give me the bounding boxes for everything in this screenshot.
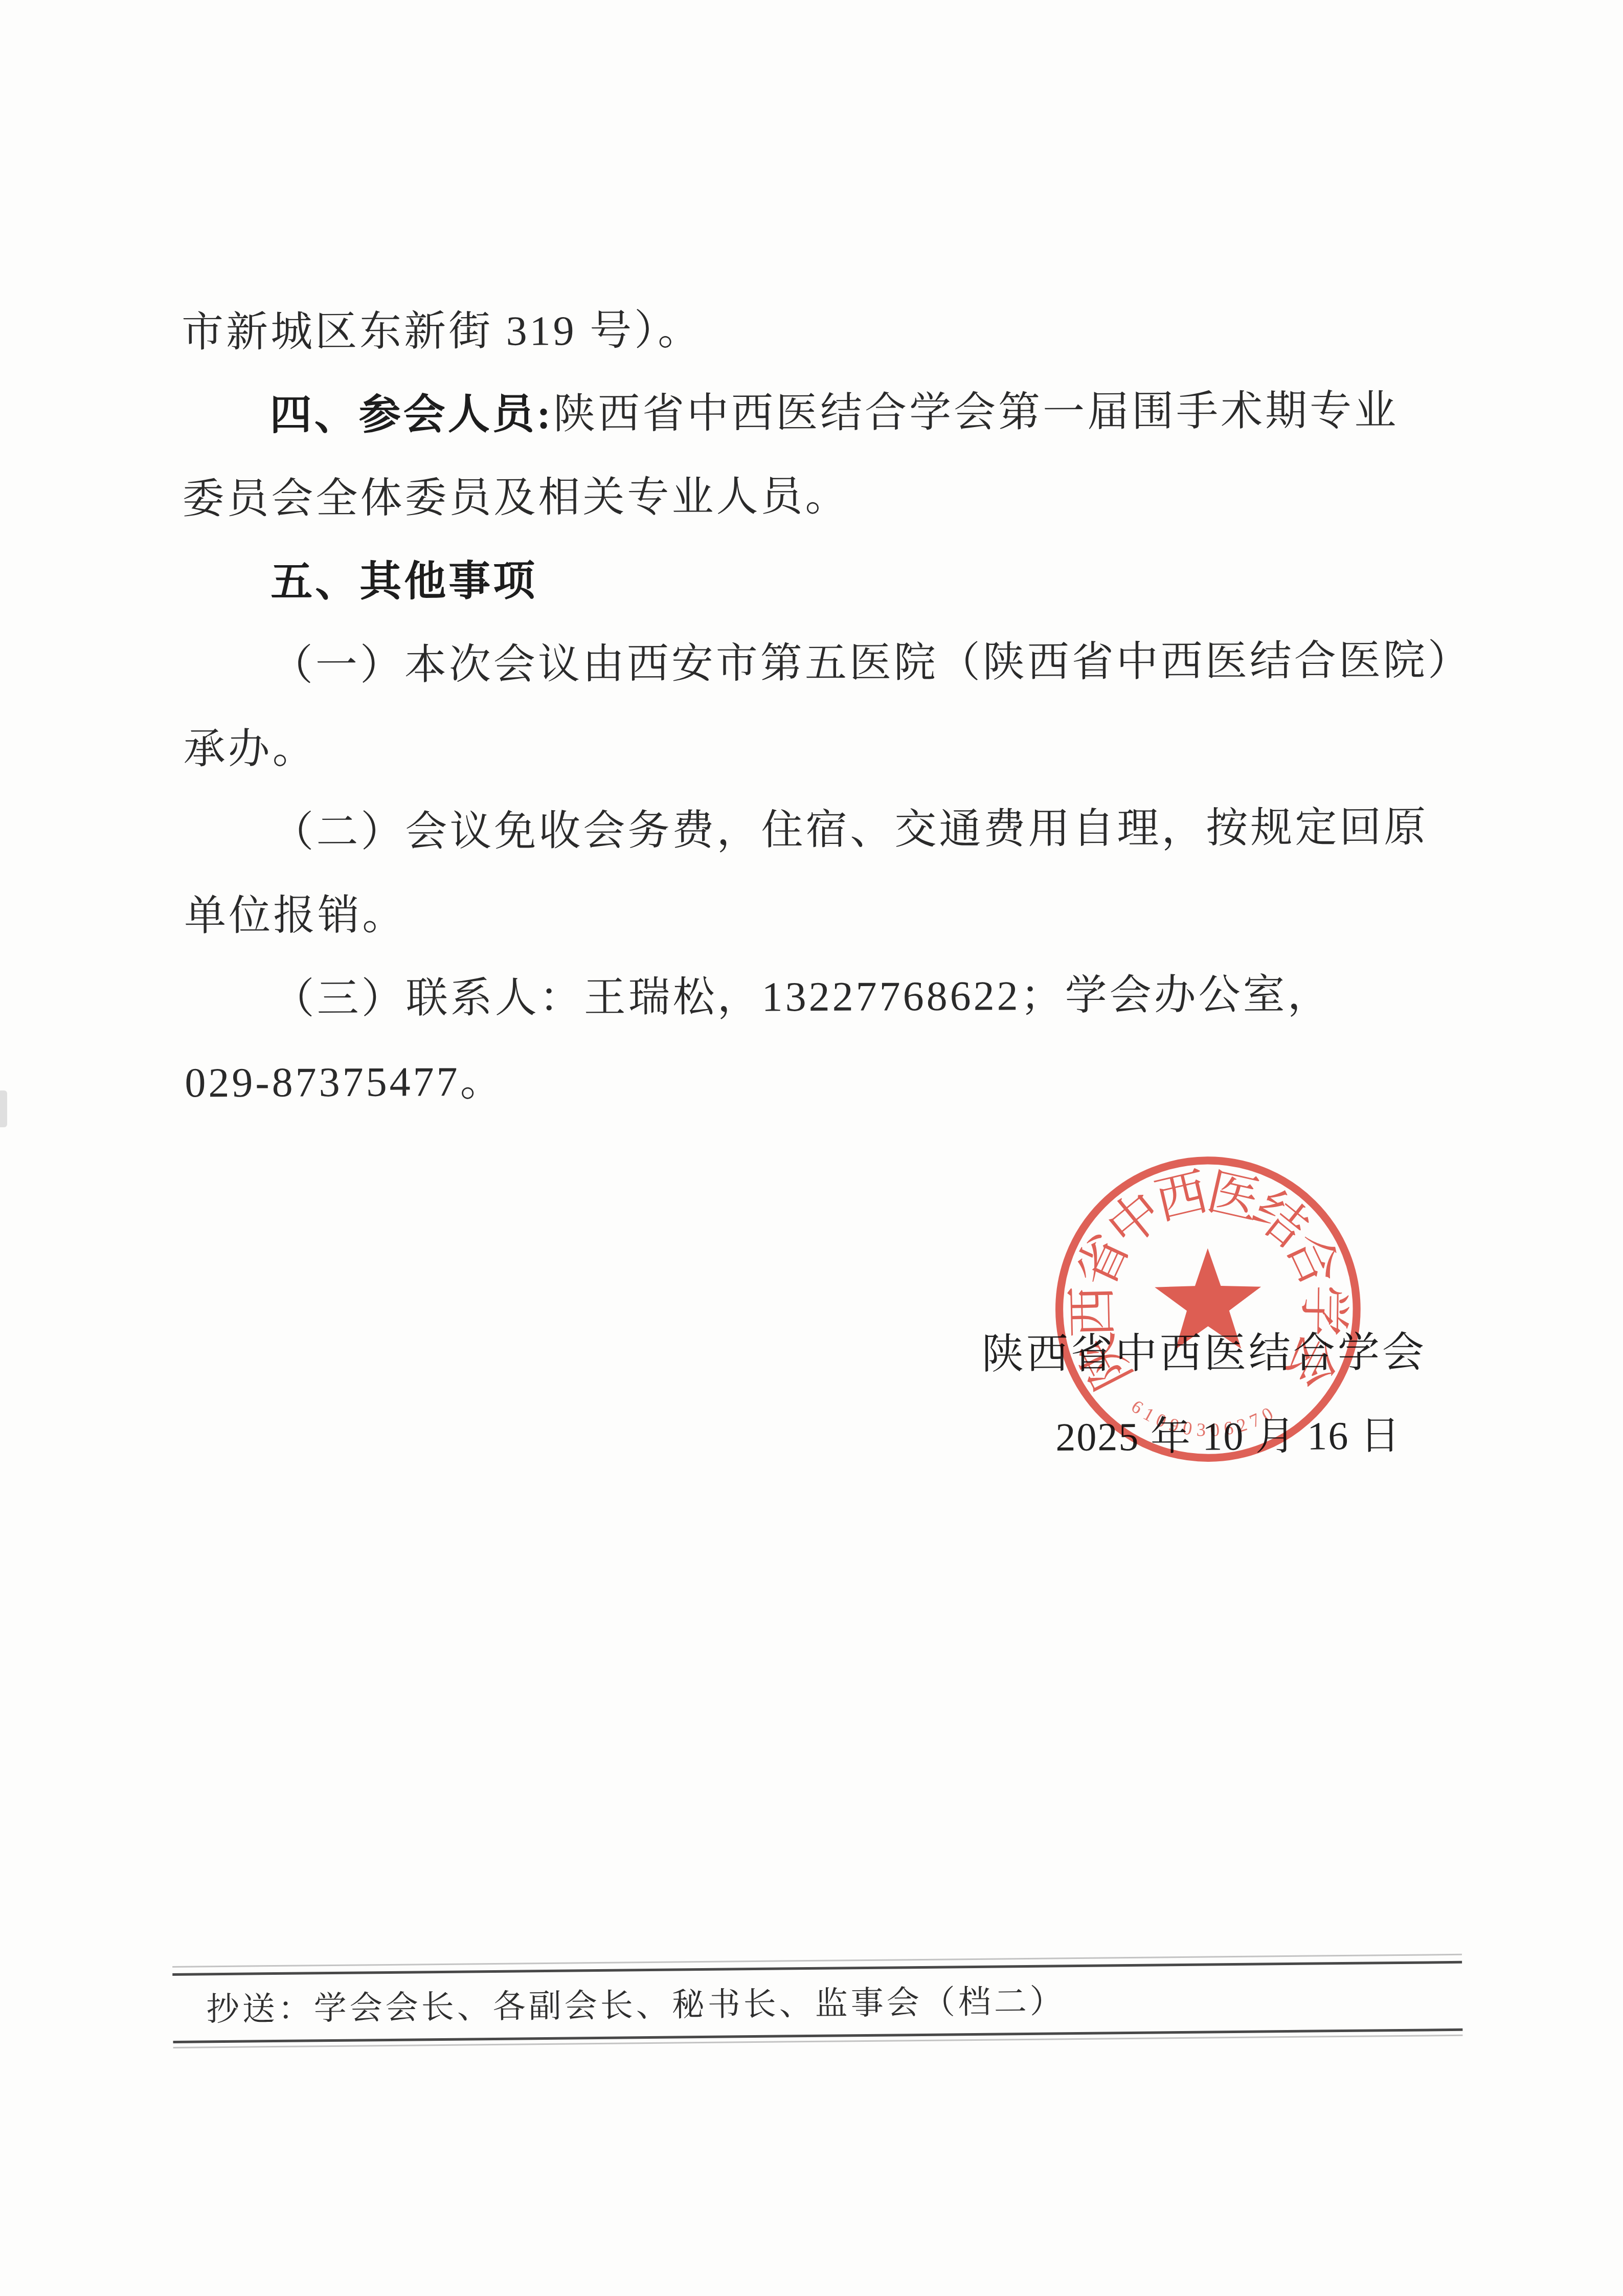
line-bold-prefix: 五、其他事项 — [270, 558, 537, 605]
body-line: （三）联系人：王瑞松，13227768622；学会办公室， — [272, 951, 1332, 1043]
body-line: 单位报销。 — [184, 872, 407, 960]
footer-cc-line: 抄送：学会会长、各副会长、秘书长、监事会（档二） — [206, 1973, 1066, 2038]
body-line: 委员会全体委员及相关专业人员。 — [182, 453, 850, 543]
footer-cc-band: 抄送：学会会长、各副会长、秘书长、监事会（档二） — [172, 1951, 1463, 2065]
line-text: 029-87375477。 — [185, 1058, 505, 1106]
body-line: （一）本次会议由西安市第五医院（陕西省中西医结合医院） — [271, 617, 1473, 709]
document-page: { "page": { "paper_color": "#fdfdfc", "i… — [0, 0, 1623, 2296]
body-line: （二）会议免收会务费，住宿、交通费用自理，按规定回原 — [272, 784, 1429, 876]
line-text: 市新城区东新街 319 号）。 — [182, 307, 702, 355]
line-bold-prefix: 四、参会人员: — [270, 391, 554, 438]
body-line: 市新城区东新街 319 号）。 — [182, 287, 703, 376]
line-text: （三）联系人：王瑞松，13227768622；学会办公室， — [273, 971, 1332, 1022]
line-text: 陕西省中西医结合学会第一届围手术期专业 — [553, 387, 1399, 437]
line-text: 委员会全体委员及相关专业人员。 — [182, 473, 849, 523]
line-text: （一）本次会议由西安市第五医院（陕西省中西医结合医院） — [271, 637, 1472, 688]
official-seal-stamp: 陕 西 省 中 西 医 结 合 学 会 61090306270 — [1047, 1148, 1369, 1470]
footer-divider-top — [172, 1961, 1462, 1976]
line-text: （二）会议免收会务费，住宿、交通费用自理，按规定回原 — [272, 804, 1428, 856]
seal-serial-number: 61090306270 — [1128, 1395, 1281, 1441]
line-text: 承办。 — [183, 725, 317, 772]
body-line: 五、其他事项 — [270, 538, 538, 626]
body-line: 四、参会人员:陕西省中西医结合学会第一届围手术期专业 — [269, 367, 1399, 459]
line-text: 单位报销。 — [184, 891, 407, 939]
scan-artifact — [0, 1090, 7, 1127]
body-line: 029-87375477。 — [185, 1038, 505, 1127]
star-icon — [1155, 1248, 1261, 1349]
body-line: 承办。 — [183, 705, 317, 793]
